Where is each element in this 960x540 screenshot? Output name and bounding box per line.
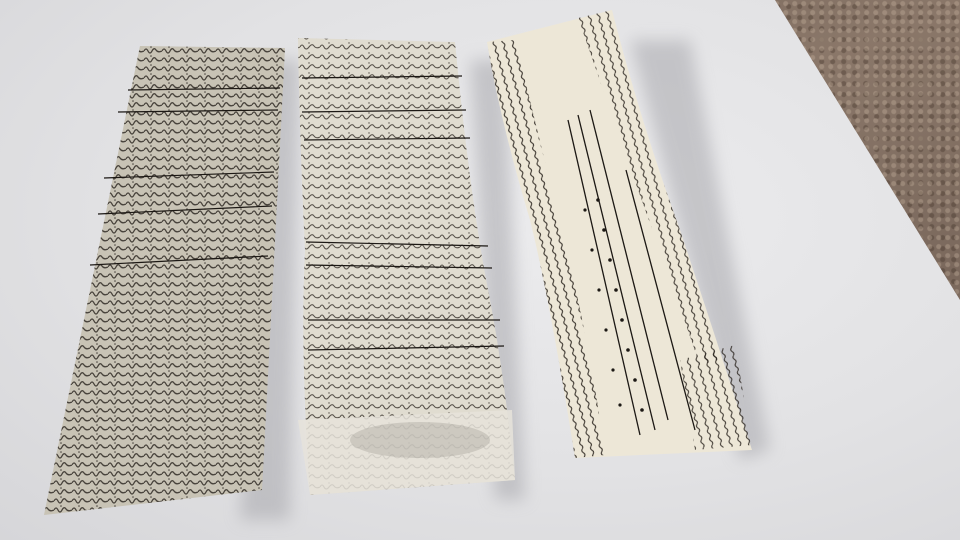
manuscript-strips	[0, 0, 960, 540]
left-strip	[44, 46, 285, 515]
photo-scene	[0, 0, 960, 540]
